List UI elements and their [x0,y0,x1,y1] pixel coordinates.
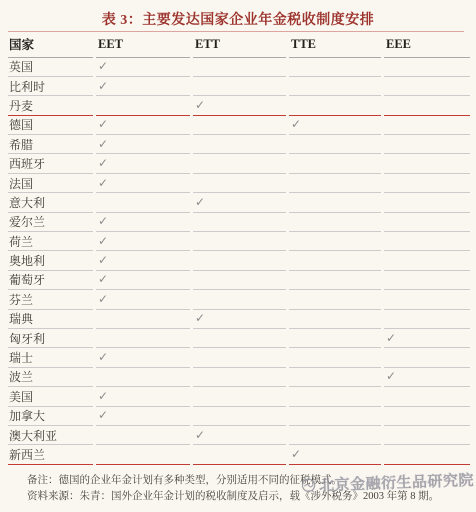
check-cell [193,135,286,154]
column-header-country: 国家 [8,32,93,58]
check-cell [289,251,381,270]
check-cell: ✓ [96,116,190,135]
table-footnotes: 备注：德国的企业年金计划有多种类型，分别适用不同的征税模式。 资料来源：朱青：国… [27,473,466,505]
check-cell: ✓ [96,154,190,173]
check-cell [289,232,381,251]
check-cell: ✓ [96,213,190,232]
check-cell [193,368,286,387]
check-cell [384,271,470,290]
check-cell [384,213,470,232]
source-note: 资料来源：朱青：国外企业年金计划的税收制度及启示，载《涉外税务》2003 年第 … [27,489,466,505]
column-header-ett: ETT [193,32,286,58]
table-row: 荷兰 ✓ [8,232,464,251]
column-header-eet: EET [96,32,190,58]
check-cell [384,116,470,135]
table-row: 爱尔兰 ✓ [8,213,464,232]
check-cell [193,290,286,309]
table-row: 希腊 ✓ [8,135,464,154]
country-cell: 意大利 [8,193,93,212]
table-row: 奥地利 ✓ [8,251,464,270]
check-cell [289,96,381,115]
country-cell: 奥地利 [8,251,93,270]
country-cell: 波兰 [8,368,93,387]
check-cell [193,154,286,173]
check-cell: ✓ [96,271,190,290]
check-cell [193,232,286,251]
check-cell [193,116,286,135]
check-cell [289,387,381,406]
table-row: 波兰 ✓ [8,368,464,387]
table-row: 瑞士 ✓ [8,348,464,367]
country-cell: 美国 [8,387,93,406]
check-cell [384,135,470,154]
check-cell: ✓ [193,426,286,445]
country-cell: 英国 [8,58,93,77]
country-cell: 芬兰 [8,290,93,309]
country-cell: 希腊 [8,135,93,154]
country-cell: 瑞士 [8,348,93,367]
country-cell: 匈牙利 [8,329,93,348]
check-cell [384,310,470,329]
check-cell [193,77,286,96]
check-cell [384,58,470,77]
table-row: 瑞典 ✓ [8,310,464,329]
check-cell: ✓ [96,232,190,251]
check-cell [384,426,470,445]
table-row: 德国 ✓ ✓ [8,116,464,135]
check-cell [384,232,470,251]
remark-note: 备注：德国的企业年金计划有多种类型，分别适用不同的征税模式。 [27,473,466,489]
check-cell: ✓ [96,387,190,406]
check-cell [193,174,286,193]
check-cell [193,329,286,348]
check-cell [289,407,381,426]
check-cell [289,154,381,173]
check-cell [384,251,470,270]
check-cell [96,426,190,445]
check-cell [96,310,190,329]
check-cell [193,387,286,406]
check-cell [384,96,470,115]
check-cell [384,77,470,96]
check-cell: ✓ [96,135,190,154]
check-cell: ✓ [96,348,190,367]
table-row: 芬兰 ✓ [8,290,464,309]
check-cell [384,193,470,212]
country-cell: 德国 [8,116,93,135]
check-cell: ✓ [193,193,286,212]
check-cell: ✓ [96,77,190,96]
check-cell [289,271,381,290]
column-header-tte: TTE [289,32,381,58]
table-row: 法国 ✓ [8,174,464,193]
check-cell [193,271,286,290]
check-cell: ✓ [193,310,286,329]
table-row: 英国 ✓ [8,58,464,77]
table-row: 葡萄牙 ✓ [8,271,464,290]
check-cell [289,290,381,309]
check-cell [289,310,381,329]
check-cell [193,58,286,77]
check-cell [96,368,190,387]
check-cell: ✓ [289,116,381,135]
check-cell [289,174,381,193]
check-cell [96,329,190,348]
table-row: 意大利 ✓ [8,193,464,212]
check-cell [384,174,470,193]
check-cell [193,445,286,464]
country-cell: 荷兰 [8,232,93,251]
country-cell: 瑞典 [8,310,93,329]
table-row: 澳大利亚 ✓ [8,426,464,445]
country-cell: 新西兰 [8,445,93,464]
check-cell: ✓ [384,368,470,387]
check-cell: ✓ [96,58,190,77]
check-cell [289,77,381,96]
tax-table-body: 英国 ✓ 比利时 ✓ 丹麦 ✓ 德国 ✓ ✓ 希腊 ✓ 西班牙 ✓ 法国 ✓ [8,58,464,465]
check-cell [384,387,470,406]
check-cell [289,426,381,445]
check-cell: ✓ [96,251,190,270]
check-cell: ✓ [384,329,470,348]
check-cell [384,445,470,464]
table-row: 丹麦 ✓ [8,96,464,115]
table-row: 新西兰 ✓ [8,445,464,464]
country-cell: 西班牙 [8,154,93,173]
table-row: 西班牙 ✓ [8,154,464,173]
country-cell: 比利时 [8,77,93,96]
check-cell [193,213,286,232]
check-cell: ✓ [289,445,381,464]
country-cell: 法国 [8,174,93,193]
country-cell: 爱尔兰 [8,213,93,232]
check-cell [384,154,470,173]
table-header-row: 国家 EET ETT TTE EEE [8,32,464,58]
check-cell [289,329,381,348]
check-cell [193,251,286,270]
country-cell: 澳大利亚 [8,426,93,445]
check-cell: ✓ [96,290,190,309]
check-cell [96,445,190,464]
country-cell: 加拿大 [8,407,93,426]
table-row: 匈牙利 ✓ [8,329,464,348]
check-cell [289,135,381,154]
check-cell [384,348,470,367]
check-cell [384,290,470,309]
country-cell: 丹麦 [8,96,93,115]
check-cell [289,213,381,232]
table-row: 比利时 ✓ [8,77,464,96]
check-cell [289,193,381,212]
check-cell [384,407,470,426]
table-row: 加拿大 ✓ [8,407,464,426]
page-title: 表 3：主要发达国家企业年金税收制度安排 [0,0,476,31]
table-row: 美国 ✓ [8,387,464,406]
check-cell [289,368,381,387]
check-cell [193,348,286,367]
check-cell [289,58,381,77]
country-cell: 葡萄牙 [8,271,93,290]
check-cell: ✓ [96,174,190,193]
tax-regime-table: 国家 EET ETT TTE EEE 英国 ✓ 比利时 ✓ 丹麦 ✓ 德国 ✓ … [8,31,464,465]
check-cell: ✓ [193,96,286,115]
check-cell [289,348,381,367]
check-cell [96,193,190,212]
check-cell [96,96,190,115]
check-cell: ✓ [96,407,190,426]
check-cell [193,407,286,426]
column-header-eee: EEE [384,32,470,58]
